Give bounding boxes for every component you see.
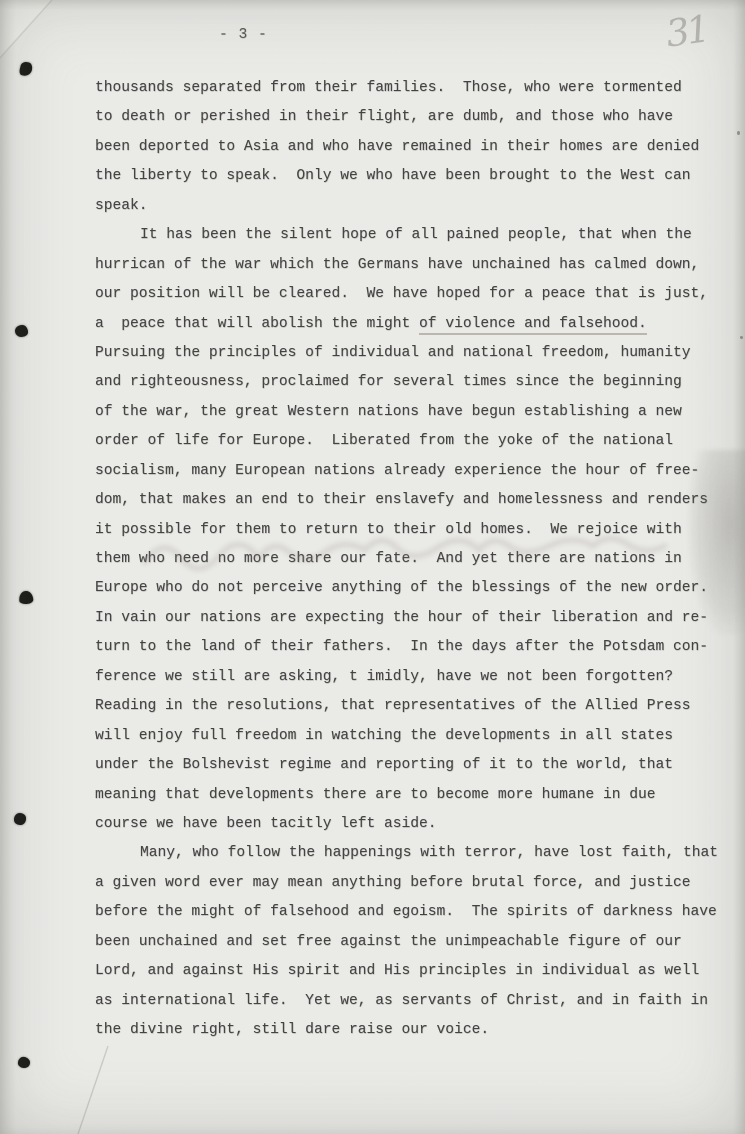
ink-blot xyxy=(18,61,33,77)
handwritten-folio-number: 31 xyxy=(663,7,710,55)
ink-blot xyxy=(18,590,33,604)
text-line: Pursuing the principles of individual an… xyxy=(95,339,735,368)
corner-fold xyxy=(0,0,52,58)
text-line: them who need no more share our fate. An… xyxy=(95,545,735,574)
paragraph: thousands separated from their families.… xyxy=(95,74,735,221)
paragraph: Many, who follow the happenings with ter… xyxy=(95,839,735,1045)
corner-edge-line xyxy=(0,0,52,58)
typed-text: thousands separated from their families.… xyxy=(95,74,735,1045)
text-line: our position will be cleared. We have ho… xyxy=(95,280,735,309)
text-line: before the might of falsehood and egoism… xyxy=(95,898,735,927)
ink-blot xyxy=(14,813,26,825)
document-page: - 3 - 31 thousands separated from their … xyxy=(0,0,745,1134)
text-line: to death or perished in their flight, ar… xyxy=(95,103,735,132)
paper-speck xyxy=(740,336,743,339)
text-line: will enjoy full freedom in watching the … xyxy=(95,722,735,751)
text-line: In vain our nations are expecting the ho… xyxy=(95,604,735,633)
text-line: speak. xyxy=(95,192,735,221)
page-number: - 3 - xyxy=(219,27,268,43)
text-line: Many, who follow the happenings with ter… xyxy=(95,839,735,868)
text-line: it possible for them to return to their … xyxy=(95,516,735,545)
paragraph: It has been the silent hope of all paine… xyxy=(95,221,735,839)
text-line: Lord, and against His spirit and His pri… xyxy=(95,957,735,986)
text-line: hurrican of the war which the Germans ha… xyxy=(95,251,735,280)
text-line: thousands separated from their families.… xyxy=(95,74,735,103)
text-segment: a peace that will abolish the might xyxy=(95,316,419,332)
text-line: order of life for Europe. Liberated from… xyxy=(95,427,735,456)
text-line: under the Bolshevist regime and reportin… xyxy=(95,751,735,780)
text-line: a peace that will abolish the might of v… xyxy=(95,310,735,339)
text-line: turn to the land of their fathers. In th… xyxy=(95,633,735,662)
ink-blot xyxy=(17,1056,30,1069)
text-line: It has been the silent hope of all paine… xyxy=(95,221,735,250)
text-line: a given word ever may mean anything befo… xyxy=(95,869,735,898)
text-line: socialism, many European nations already… xyxy=(95,457,735,486)
text-line: meaning that developments there are to b… xyxy=(95,781,735,810)
text-line: ference we still are asking, t imidly, h… xyxy=(95,663,735,692)
text-line: course we have been tacitly left aside. xyxy=(95,810,735,839)
text-line: and righteousness, proclaimed for severa… xyxy=(95,368,735,397)
paper-speck xyxy=(737,131,740,135)
crease-line xyxy=(78,1046,108,1134)
text-line: Europe who do not perceive anything of t… xyxy=(95,574,735,603)
ink-blot xyxy=(15,325,28,337)
text-line: dom, that makes an end to their enslavef… xyxy=(95,486,735,515)
paper-smudge xyxy=(688,450,745,635)
text-line: the liberty to speak. Only we who have b… xyxy=(95,162,735,191)
text-line: been deported to Asia and who have remai… xyxy=(95,133,735,162)
pencil-underlined-text: of violence and falsehood. xyxy=(419,316,647,335)
text-line: as international life. Yet we, as servan… xyxy=(95,987,735,1016)
text-line: been unchained and set free against the … xyxy=(95,928,735,957)
text-line: Reading in the resolutions, that represe… xyxy=(95,692,735,721)
text-line: the divine right, still dare raise our v… xyxy=(95,1016,735,1045)
text-line: of the war, the great Western nations ha… xyxy=(95,398,735,427)
